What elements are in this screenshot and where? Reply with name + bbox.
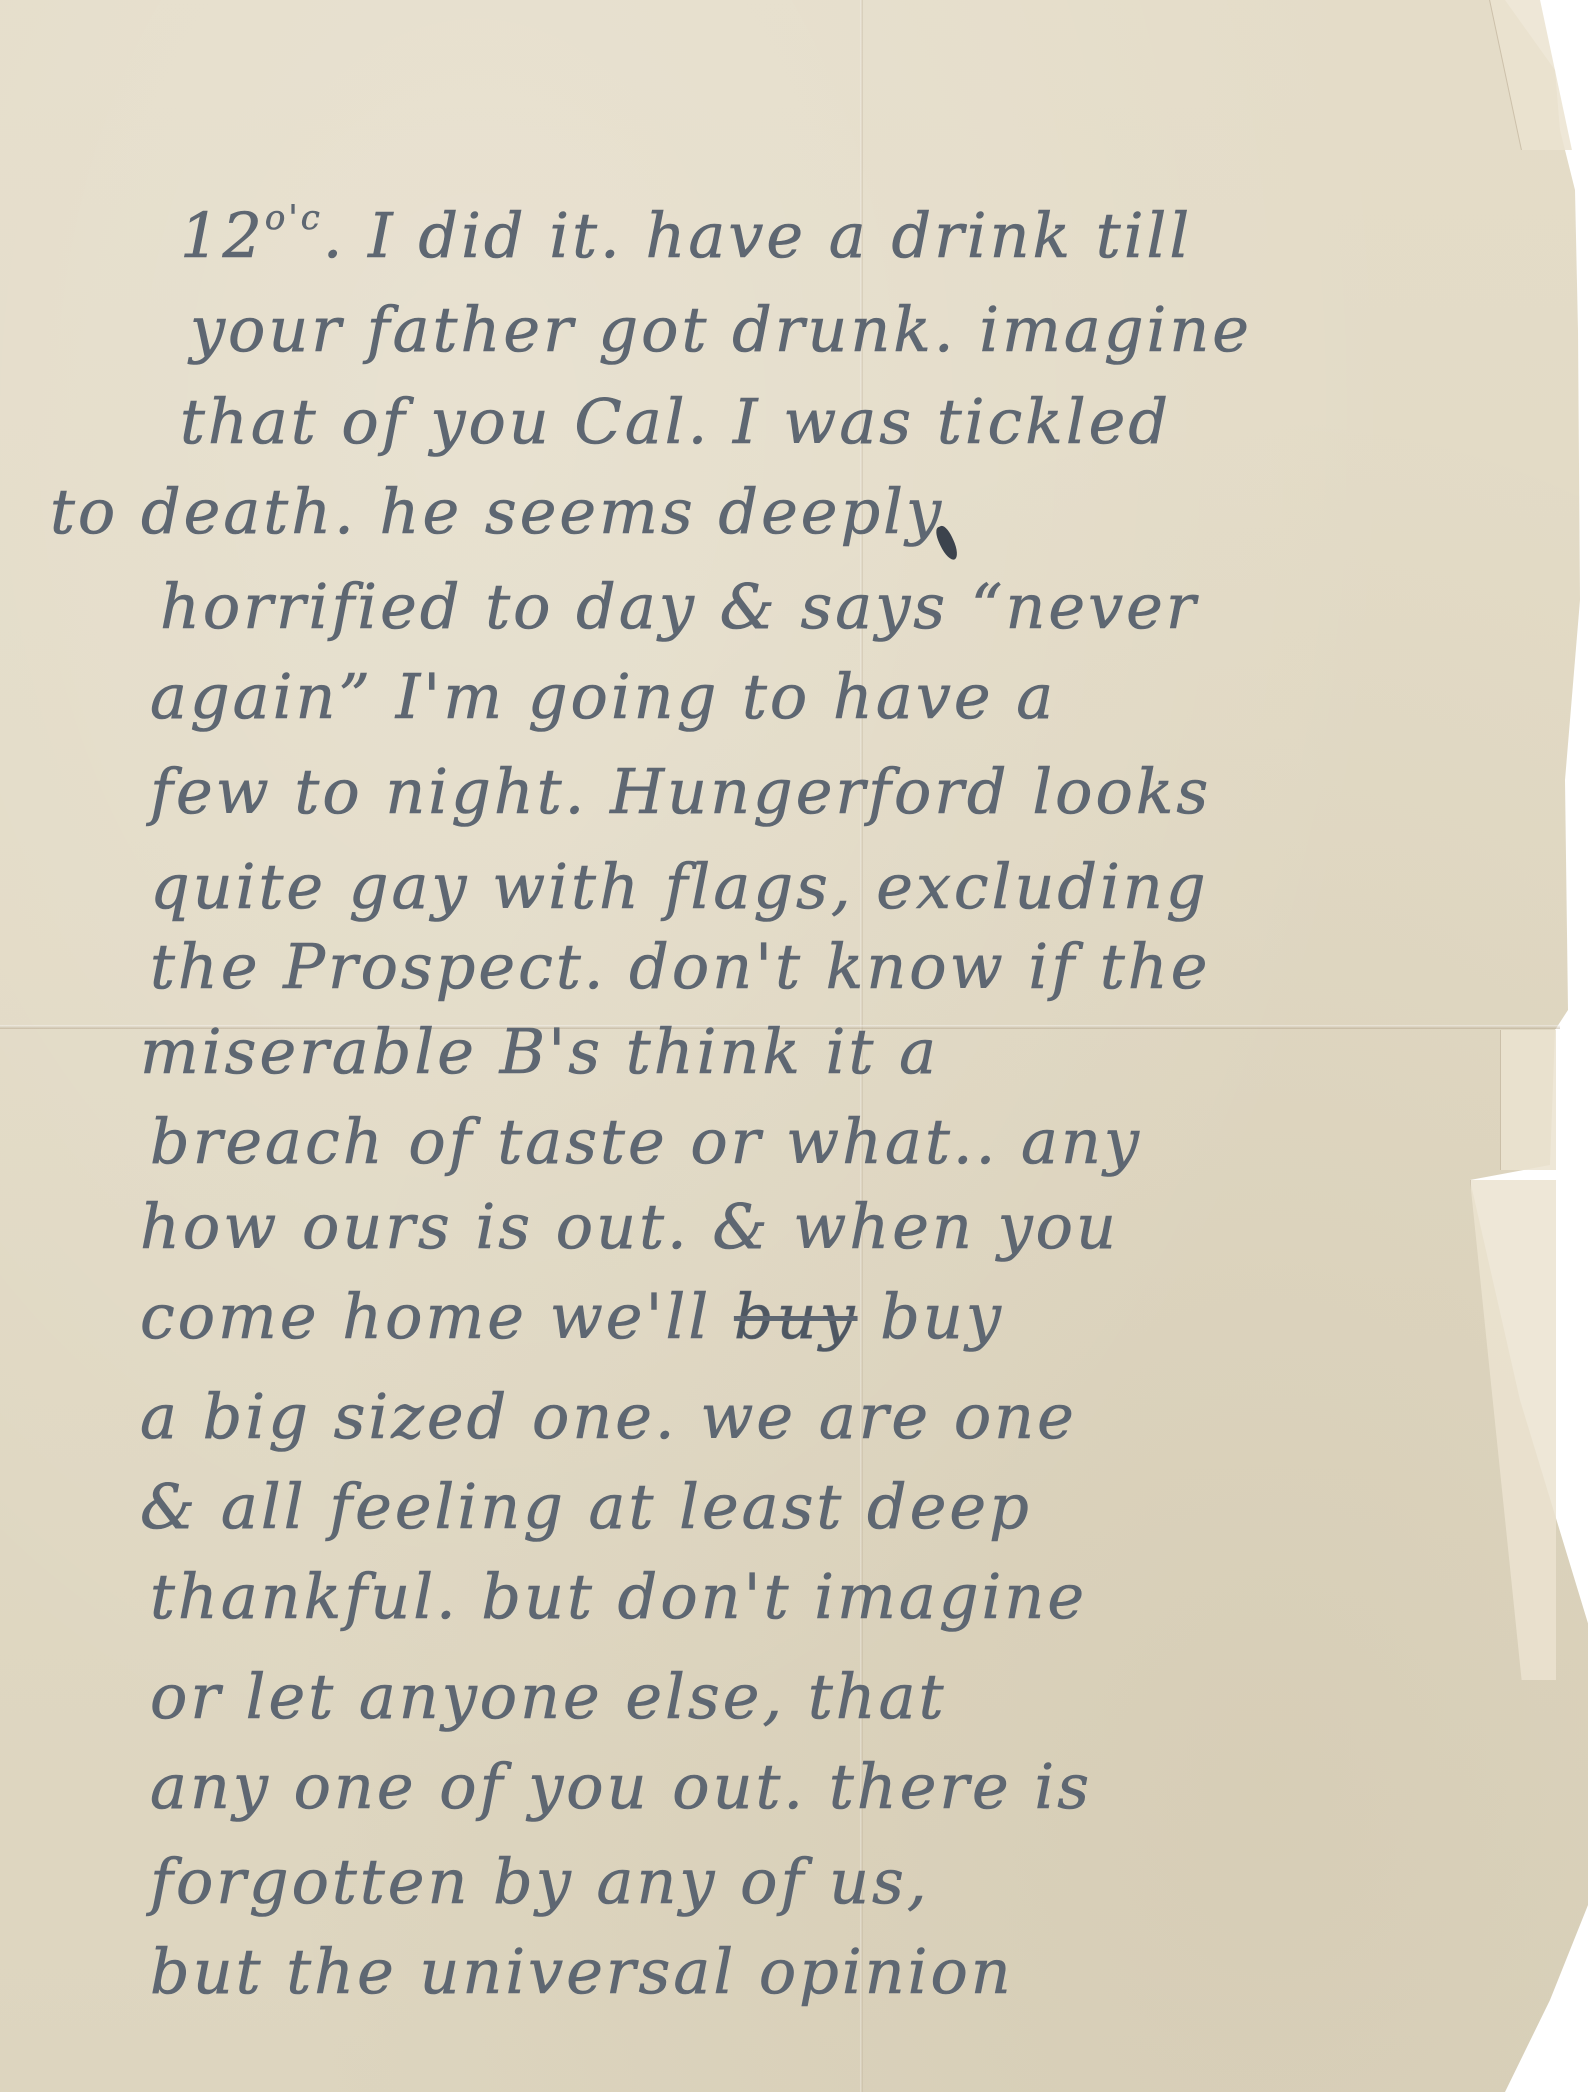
text-line-9: the Prospect. don't know if the bbox=[150, 930, 1210, 1003]
text-line-8: quite gay with flags, excluding bbox=[150, 850, 1209, 923]
text-line-6: again” I'm going to have a bbox=[150, 660, 1056, 733]
text-line-14: a big sized one. we are one bbox=[140, 1380, 1077, 1453]
text-line-18: any one of you out. there is bbox=[150, 1750, 1092, 1823]
text-line-11: breach of taste or what.. any bbox=[150, 1105, 1142, 1178]
text-line-1: 12o'c. I did it. have a drink till bbox=[180, 198, 1192, 272]
text-line-2: your father got drunk. imagine bbox=[190, 293, 1252, 366]
text-line-20: but the universal opinion bbox=[150, 1935, 1014, 2008]
torn-edge-flap-middle bbox=[1500, 1030, 1556, 1170]
text-line-4: to death. he seems deeply bbox=[50, 475, 944, 548]
text-line-7: few to night. Hungerford looks bbox=[150, 755, 1211, 828]
text-line-5: horrified to day & says “never bbox=[160, 570, 1198, 643]
text-line-3: that of you Cal. I was tickled bbox=[180, 385, 1171, 458]
text-line-10: miserable B's think it a bbox=[140, 1015, 939, 1088]
text-line-19: forgotten by any of us, bbox=[150, 1845, 930, 1918]
text-line-16: thankful. but don't imagine bbox=[150, 1560, 1087, 1633]
text-line-15: & all feeling at least deep bbox=[140, 1470, 1032, 1543]
text-line-12: how ours is out. & when you bbox=[140, 1190, 1119, 1263]
text-line-17: or let anyone else, that bbox=[150, 1660, 947, 1733]
text-line-13: come home we'll buy buy bbox=[140, 1280, 1004, 1353]
struck-word: buy bbox=[734, 1280, 858, 1353]
